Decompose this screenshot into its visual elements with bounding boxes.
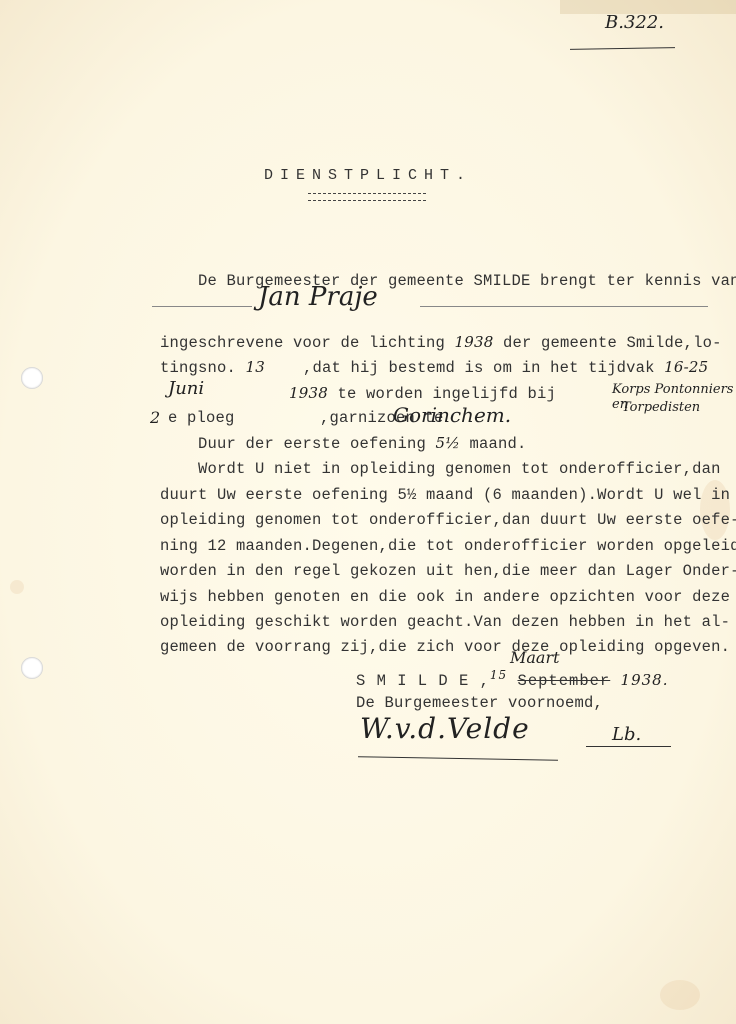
title-double-underline (308, 193, 426, 201)
paragraph-line: duurt Uw eerste oefening 5½ maand (6 maa… (160, 486, 730, 504)
place-date-line: S M I L D E ,15 September 1938. (356, 668, 669, 690)
duration-value: 5½ (436, 434, 460, 452)
period-year: 1938 (289, 384, 328, 402)
mayor-signature: W.v.d.Velde (360, 712, 530, 745)
paragraph-line: worden in den regel gekozen uit hen,die … (160, 562, 736, 580)
reference-underline (570, 47, 675, 50)
signatory-label: De Burgemeester voornoemd, (356, 694, 603, 712)
lichting-year: 1938 (455, 333, 494, 351)
paper-stain (660, 980, 700, 1010)
garrison-name: Gorinchem. (393, 403, 511, 427)
date-month-handwritten: Maart (510, 648, 560, 667)
date-month-struck: September (518, 672, 611, 690)
punch-hole-top (21, 367, 43, 389)
date-day: 15 (490, 668, 507, 682)
paragraph-line: gemeen de voorrang zij,die zich voor dez… (160, 638, 730, 656)
paragraph-line: opleiding geschikt worden geacht.Van dez… (160, 613, 730, 631)
name-rule-left (152, 306, 252, 307)
lotingsno-value: 13 (246, 358, 266, 376)
ploeg-number: 2 (150, 408, 160, 427)
date-year: 1938. (621, 671, 669, 689)
line-lichting: ingeschrevene voor de lichting 1938 der … (160, 333, 722, 352)
period-month: Juni (168, 378, 204, 399)
line-duration: Duur der eerste oefening 5½ maand. (198, 434, 527, 453)
signature-flourish (358, 756, 558, 760)
unit-line-2: Torpedisten (622, 400, 700, 415)
period-days: 16-25 (664, 358, 708, 376)
document-page: B.322. DIENSTPLICHT. De Burgemeester der… (0, 0, 736, 1024)
paragraph-line: wijs hebben genoten en die ook in andere… (160, 588, 730, 606)
recruit-name: Jan Praje (258, 282, 378, 312)
signature-suffix-underline (586, 746, 671, 747)
signature-suffix: Lb. (612, 724, 641, 745)
paper-stain (10, 580, 24, 594)
document-title: DIENSTPLICHT. (264, 167, 472, 184)
reference-number: B.322. (605, 12, 664, 33)
line-ingelijfd: 1938 te worden ingelijfd bij (289, 384, 566, 403)
line-lotingsno: tingsno. 13 ,dat hij bestemd is om in he… (160, 358, 708, 377)
paragraph-line: opleiding genomen tot onderofficier,dan … (160, 511, 736, 529)
paragraph-line: Wordt U niet in opleiding genomen tot on… (198, 460, 721, 478)
paragraph-line: ning 12 maanden.Degenen,die tot onderoff… (160, 537, 736, 555)
name-rule-right (420, 306, 708, 307)
punch-hole-bottom (21, 657, 43, 679)
place: S M I L D E , (356, 672, 490, 690)
